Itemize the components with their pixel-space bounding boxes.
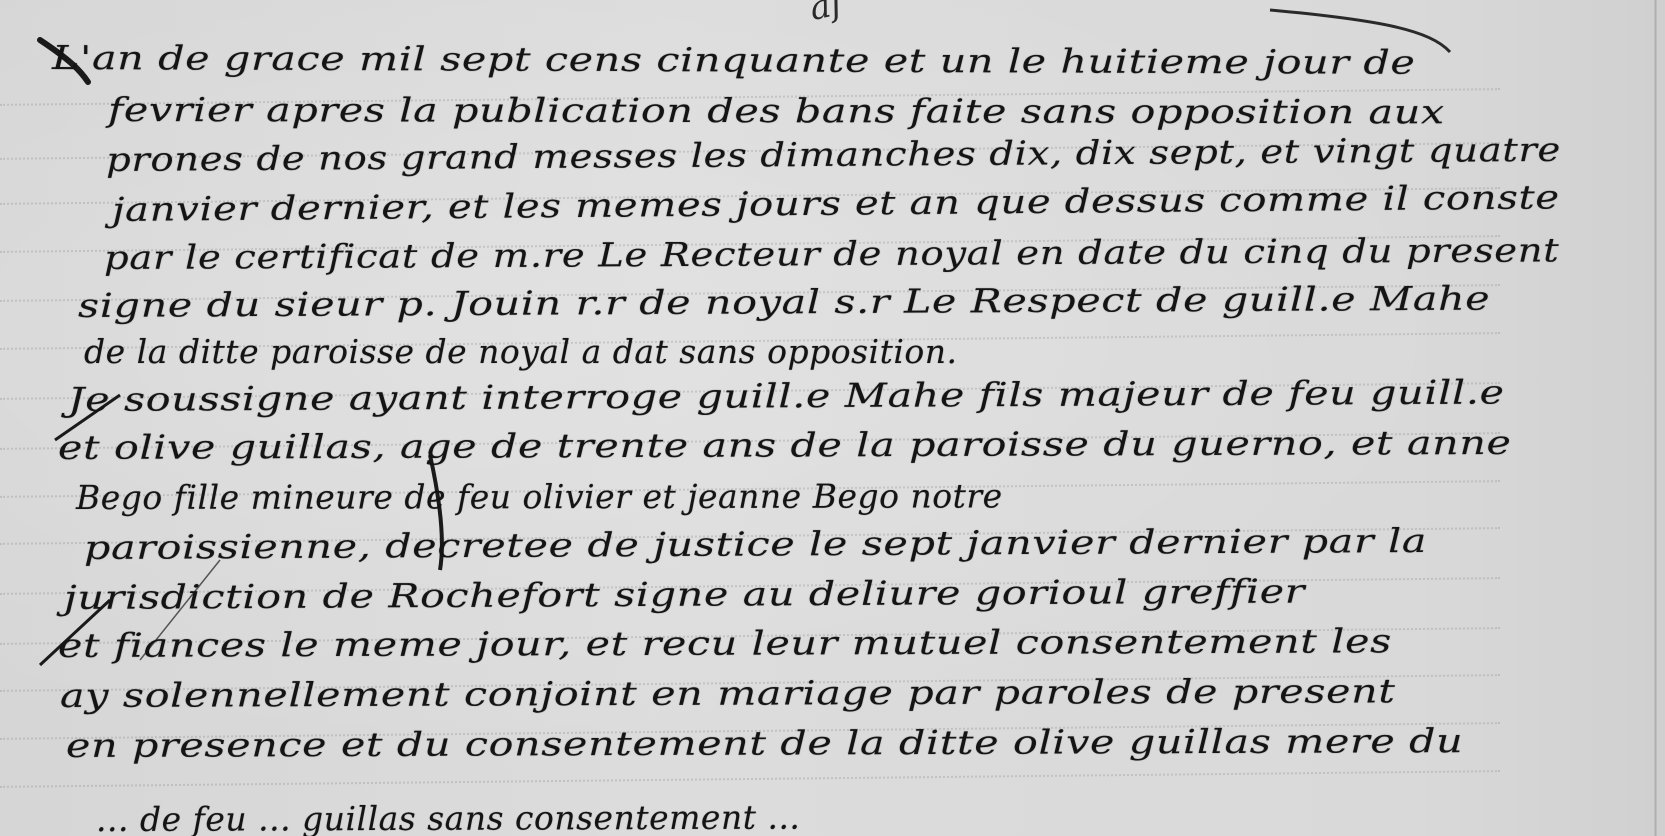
- text-line: L'an de grace mil sept cens cinquante et…: [52, 38, 1416, 82]
- text-line: prones de nos grand messes les dimanches…: [106, 130, 1561, 179]
- text-line: jurisdiction de Rochefort signe au deliu…: [64, 572, 1305, 617]
- register-entry-text: L'an de grace mil sept cens cinquante et…: [0, 0, 1665, 836]
- text-line: Je soussigne ayant interroge guill.e Mah…: [68, 372, 1505, 419]
- text-line: et fiances le meme jour, et recu leur mu…: [58, 621, 1392, 665]
- text-line: janvier dernier, et les memes jours et a…: [112, 177, 1560, 229]
- text-line: fevrier apres la publication des bans fa…: [108, 90, 1445, 131]
- text-line: de la ditte paroisse de noyal a dat sans…: [84, 332, 958, 371]
- text-line: et olive guillas, age de trente ans de l…: [58, 423, 1512, 467]
- text-line: ay solennellement conjoint en mariage pa…: [60, 671, 1396, 715]
- text-line: ... de feu ... guillas sans consentement…: [96, 798, 801, 836]
- text-line: en presence et du consentement de la dit…: [66, 721, 1463, 765]
- text-line: par le certificat de m.re Le Recteur de …: [104, 230, 1560, 277]
- text-line: signe du sieur p. Jouin r.r de noyal s.r…: [78, 279, 1490, 325]
- text-line: paroissienne, decretee de justice le sep…: [84, 521, 1427, 567]
- manuscript-page: af L'an de grace mil sept cens cinquante…: [0, 0, 1665, 836]
- text-line: Bego fille mineure de feu olivier et jea…: [76, 476, 1003, 517]
